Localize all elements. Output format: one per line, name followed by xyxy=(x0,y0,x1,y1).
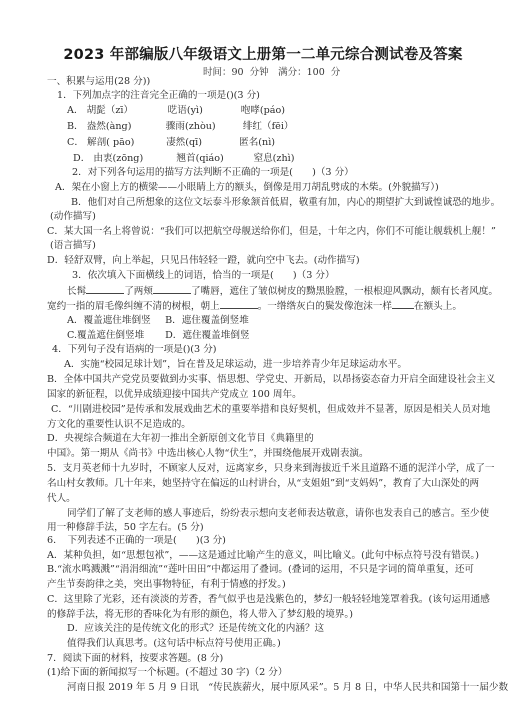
q1-option-c: C． 解剖( pāo) 凄然(qī) 匿名(nì) xyxy=(67,136,275,149)
document-title: 2023 年部编版八年级语文上册第一二单元综合测试卷及答案 xyxy=(0,43,526,64)
option-label: D． xyxy=(73,153,90,164)
q3-options-row1: A．覆盖遮住堆倒竖 B．遮住覆盖倒竖堆 xyxy=(67,314,249,327)
q5-line3: 代人。 xyxy=(47,492,76,505)
q1-option-b: B． 盎然(àng) 骤雨(zhòu) 绯红（fēi） xyxy=(67,120,294,133)
option-item: 凄然(qī) xyxy=(166,136,236,149)
q4-option-d: D．央视综合频道在大年初一推出全新原创文化节目《典籍里的 xyxy=(47,432,314,445)
fill-blank[interactable] xyxy=(86,284,124,294)
option-item: 骤雨(zhòu) xyxy=(166,120,240,133)
option-item: 由衷(zōng) xyxy=(93,152,173,165)
option-label: B． xyxy=(67,121,84,132)
option-item: B．遮住覆盖倒竖堆 xyxy=(165,314,249,327)
option-item: 翘首(qiáo) xyxy=(176,152,250,165)
q5-line4: 同学们了解了支老师的感人事迹后，纷纷表示想向支老师表达敬意，请你也发表自己的感言… xyxy=(67,507,489,520)
option-item: 呓语(yì) xyxy=(168,104,238,117)
q1-option-a: A． 胡髭（zī） 呓语(yì) 咆哮(páo) xyxy=(67,104,285,117)
q4-option-a: A．实施“校园足球计划”，旨在普及足球运动，进一步培养青少年足球运动水平。 xyxy=(64,358,407,371)
q3-passage-line2: 宽约一指的眉毛像纠缠不清的树根，朝上。一绺绺灰白的鬓发像泡沫一样在额头上。 xyxy=(47,299,462,313)
q1-option-d: D． 由衷(zōng) 翘首(qiáo) 窒息(zhì) xyxy=(73,152,294,165)
q6-option-b-cont: 产生节奏韵律之美，突出事物特征，有利于情感的抒发。) xyxy=(47,578,286,591)
option-item: 盎然(àng) xyxy=(87,120,163,133)
q2-option-a: A．架在小窗上方的横梁——小眼睛上方的额头，倒像是用刀胡乱劈成的木柴。(外貌描写… xyxy=(55,181,439,194)
option-item: 窒息(zhì) xyxy=(253,152,294,165)
option-label: A． xyxy=(67,105,84,116)
option-item: A．覆盖遮住堆倒竖 xyxy=(67,314,162,327)
q7-news-line1: 河南日报 2019 年 5 月 9 日讯 “传民族薪火，展中原风采”。5 月 8… xyxy=(67,681,508,694)
q7-stem: 7．阅读下面的材料，按要求答题。(8 分) xyxy=(47,652,223,665)
q6-stem: 6． 下列表述不正确的一项是( )(3 分) xyxy=(47,534,226,547)
text: 长髯 xyxy=(67,286,86,297)
q5-line2: 名山村女教师。几十年来，她坚持守在偏远的山村讲台，从“支姐姐”到“支妈妈”，教育… xyxy=(47,477,479,490)
fill-blank[interactable] xyxy=(392,299,414,309)
option-item: 匿名(nì) xyxy=(239,136,275,149)
q2-option-b: B．他们对自己所想象的这位文坛泰斗形象颔首低眉，敬重有加，内心的期望扩大到诚惶诚… xyxy=(71,196,500,209)
q6-option-d-cont: 值得我们认真思考。(这句话中标点符号使用正确。) xyxy=(67,637,281,650)
q6-option-a: A．某种负担，如“思想包袱”，——这是通过比喻产生的意义，叫比喻义。(此句中标点… xyxy=(47,549,479,562)
q6-option-c-cont: 的修辞手法，将无形的香味化为有形的颜色，将人带入了梦幻般的境界。) xyxy=(47,608,353,621)
exam-meta: 时间：90 分钟 满分：100 分 xyxy=(203,64,340,78)
option-item: C.覆盖遮住倒竖堆 xyxy=(67,329,162,342)
option-item: D．遮住覆盖堆倒竖 xyxy=(165,329,249,342)
fill-blank[interactable] xyxy=(153,284,191,294)
q4-option-b: B．全体中国共产党党员要做到办实事、悟思想、学党史、开新局，以昂扬姿态奋力开启全… xyxy=(47,373,495,386)
q4-option-c-cont: 方文化的重要性认识不足造成的。 xyxy=(47,418,191,431)
q3-passage-line1: 长髯了两颊了嘴唇，遮住了皱似树皮的黝黑脸膛，一根根迎风飘动，颇有长者风度。 xyxy=(67,284,498,298)
q3-options-row2: C.覆盖遮住倒竖堆 D．遮住覆盖堆倒竖 xyxy=(67,329,250,342)
q4-option-b-cont: 国家的新征程，以优异成绩迎接中国共产党成立 100 周年。 xyxy=(47,388,302,401)
text: 了嘴唇，遮住了皱似树皮的黝黑脸膛，一根根迎风飘动，颇有长者风度。 xyxy=(191,286,498,297)
fill-blank[interactable] xyxy=(220,299,258,309)
q6-option-d: D．应该关注的是传统文化的形式？还是传统文化的内涵？这 xyxy=(67,622,324,635)
option-item: 咆哮(páo) xyxy=(241,104,285,117)
option-item: 绯红（fēi） xyxy=(243,120,294,133)
q4-stem: 4．下列句子没有语病的一项是()(3 分) xyxy=(52,343,217,356)
q2-option-b-note: (动作描写) xyxy=(50,210,96,223)
q5-line5: 用一种修辞手法，50 字左右。(5 分) xyxy=(47,521,204,534)
section-heading: 一、积累与运用(28 分)) xyxy=(47,75,150,88)
q7-sub1: (1)给下面的新闻拟写一个标题。(不超过 30 字)（2 分） xyxy=(47,666,287,679)
q4-option-c: C．“川剧进校园”是传承和发展戏曲艺术的重要举措和良好契机，但成效并不显著，原因… xyxy=(51,403,490,416)
q6-option-b: B.“流水鸣溅溅”“涓涓细流”“莲叶田田”中都运用了叠词。(叠词的运用，不只是字… xyxy=(47,563,474,576)
q4-option-d-cont: 中国》。第一期从《尚书》中选出核心人物“伏生”，并围绕他展开戏剧表演。 xyxy=(47,447,369,460)
q2-stem: 2．对下列各句运用的描写方法判断不正确的一项是( )（3 分） xyxy=(72,166,354,179)
text: 在额头上。 xyxy=(414,301,462,312)
q2-option-c: C．某大国一名上将曾说：“我们可以把航空母舰送给你们，但是，十年之内，你们不可能… xyxy=(47,225,496,238)
q5-line1: 5．支月英老师十九岁时，不顾家人反对，远离家乡，只身来到海拔近千米且道路不通的泥… xyxy=(47,462,494,475)
text: 了两颊 xyxy=(124,286,153,297)
q3-stem: 3．依次填入下面横线上的词语，恰当的一项是( )（3 分） xyxy=(72,269,335,282)
q2-option-d: D．轻舒双臂，向上举起，只见吕伟轻轻一蹬，就向空中飞去。(动作描写) xyxy=(47,254,360,267)
q1-stem: 1．下列加点字的注音完全正确的一项是()(3 分) xyxy=(57,89,260,102)
option-label: C． xyxy=(67,137,84,148)
text: 。一绺绺灰白的鬓发像泡沫一样 xyxy=(258,301,392,312)
option-item: 解剖( pāo) xyxy=(87,136,163,149)
text: 宽约一指的眉毛像纠缠不清的树根，朝上 xyxy=(47,301,220,312)
q2-option-c-note: (语言描写) xyxy=(50,239,96,252)
q6-option-c: C．这里除了光彩，还有淡淡的芳香，香气似乎也是浅紫色的，梦幻一般轻轻地笼罩着我。… xyxy=(47,593,490,606)
exam-page: 2023 年部编版八年级语文上册第一二单元综合测试卷及答案 时间：90 分钟 满… xyxy=(0,0,526,702)
option-item: 胡髭（zī） xyxy=(87,104,165,117)
